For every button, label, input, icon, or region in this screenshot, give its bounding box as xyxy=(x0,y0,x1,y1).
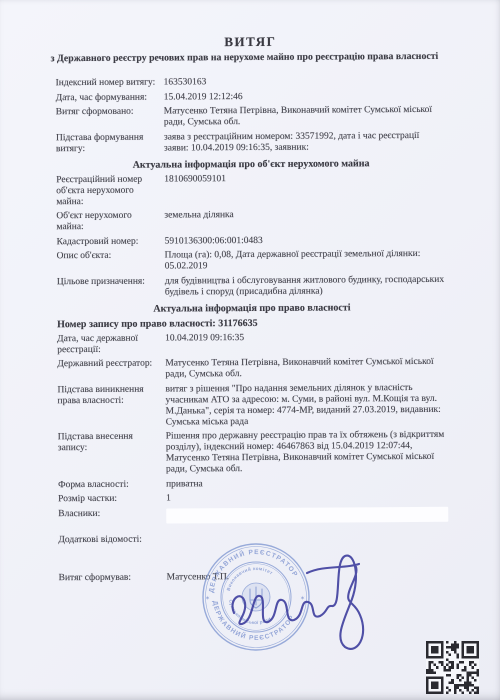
section-header-ownership-info: Актуальна інформація про право власності xyxy=(57,301,447,314)
registrar-signature xyxy=(212,543,372,668)
field-label: Опис об'єкта: xyxy=(57,251,165,263)
field-row: Підстава внесення запису: Рішення про де… xyxy=(58,430,448,476)
scanned-document-page: ВИТЯГ з Державного реєстру речових прав … xyxy=(0,0,500,700)
qr-block: RRP-46HTMR3US xyxy=(424,641,480,700)
field-label: Цільове призначення: xyxy=(57,276,165,288)
field-value: Площа (га): 0,08, Дата державної реєстра… xyxy=(165,249,447,273)
field-value: 163530163 xyxy=(164,76,446,89)
field-row: Об'єкт нерухомого майна: земельна ділянк… xyxy=(56,209,446,233)
field-label: Реєстраційний номер об'єкта нерухомого м… xyxy=(56,174,164,208)
field-label: Кадастровий номер: xyxy=(57,236,165,248)
field-label: Підстава виникнення права власності: xyxy=(57,384,165,407)
field-row: Форма власності: приватна xyxy=(58,477,448,490)
field-label: Форма власності: xyxy=(58,479,166,491)
document-subtitle: з Державного реєстру речових прав на нер… xyxy=(49,51,439,64)
field-label: Підстава формування витягу: xyxy=(56,132,164,155)
field-row: Реєстраційний номер об'єкта нерухомого м… xyxy=(56,172,446,207)
field-value: 1810690059101 xyxy=(164,172,446,185)
field-row: Кадастровий номер: 5910136300:06:001:048… xyxy=(57,234,447,247)
field-label: Розмір частки: xyxy=(58,494,166,506)
redacted-owners-value xyxy=(166,506,448,523)
field-row: Дата, час формування: 15.04.2019 12:12:4… xyxy=(56,90,446,103)
qr-code xyxy=(426,641,479,694)
stamp-separator-left: ✶ xyxy=(205,595,210,602)
field-value: витяг з рішення "Про надання земельних д… xyxy=(165,382,447,428)
field-row: Опис об'єкта: Площа (га): 0,08, Дата дер… xyxy=(57,249,447,273)
field-value: 1 xyxy=(166,492,448,505)
field-value: 10.04.2019 09:16:35 xyxy=(165,331,447,344)
field-row: Цільове призначення: для будівництва і о… xyxy=(57,274,447,298)
field-value xyxy=(166,532,448,534)
field-value: для будівництва і обслуговування житлово… xyxy=(165,274,447,298)
field-label: Дата, час державної реєстрації: xyxy=(57,333,165,356)
field-value: Матусенко Тетяна Петрівна, Виконавчий ко… xyxy=(165,357,447,381)
ownership-record-number-line: Номер запису про право власності: 311766… xyxy=(57,316,447,329)
section-header-object-info: Актуальна інформація про об'єкт нерухомо… xyxy=(56,157,446,170)
field-label: Підстава внесення запису: xyxy=(58,432,166,455)
field-label: Витяг сформував: xyxy=(59,572,167,584)
field-row: Індексний номер витягу: 163530163 xyxy=(56,76,446,89)
field-value: Матусенко Тетяна Петрівна, Виконавчий ко… xyxy=(164,105,446,129)
field-value: Рішення про державну реєстрацію прав та … xyxy=(166,430,448,476)
field-value: 15.04.2019 12:12:46 xyxy=(164,90,446,103)
field-row: Підстава формування витягу: заява з реєс… xyxy=(56,130,446,154)
field-value: заява з реєстраційним номером: 33571992,… xyxy=(164,130,446,154)
field-value: земельна ділянка xyxy=(164,209,446,222)
field-row: Витяг сформовано: Матусенко Тетяна Петрі… xyxy=(56,105,446,129)
field-row: Дата, час державної реєстрації: 10.04.20… xyxy=(57,331,447,355)
document-title: ВИТЯГ xyxy=(55,35,445,48)
document-body: ВИТЯГ з Державного реєстру речових прав … xyxy=(55,35,448,587)
field-row: Підстава виникнення права власності: вит… xyxy=(57,382,447,428)
field-row-owners: Власники: xyxy=(58,506,448,523)
field-value: 5910136300:06:001:0483 xyxy=(165,234,447,247)
field-value: приватна xyxy=(166,477,448,490)
field-row: Державний реєстратор: Матусенко Тетяна П… xyxy=(57,357,447,381)
field-label: Додаткові відомості: xyxy=(58,534,166,546)
field-label: Індексний номер витягу: xyxy=(56,78,164,90)
field-label: Витяг сформовано: xyxy=(56,107,164,119)
field-label: Дата, час формування: xyxy=(56,92,164,104)
field-label: Власники: xyxy=(58,508,166,520)
field-label: Об'єкт нерухомого майна: xyxy=(56,211,164,234)
field-label: Державний реєстратор: xyxy=(57,359,165,371)
field-row: Розмір частки: 1 xyxy=(58,492,448,505)
